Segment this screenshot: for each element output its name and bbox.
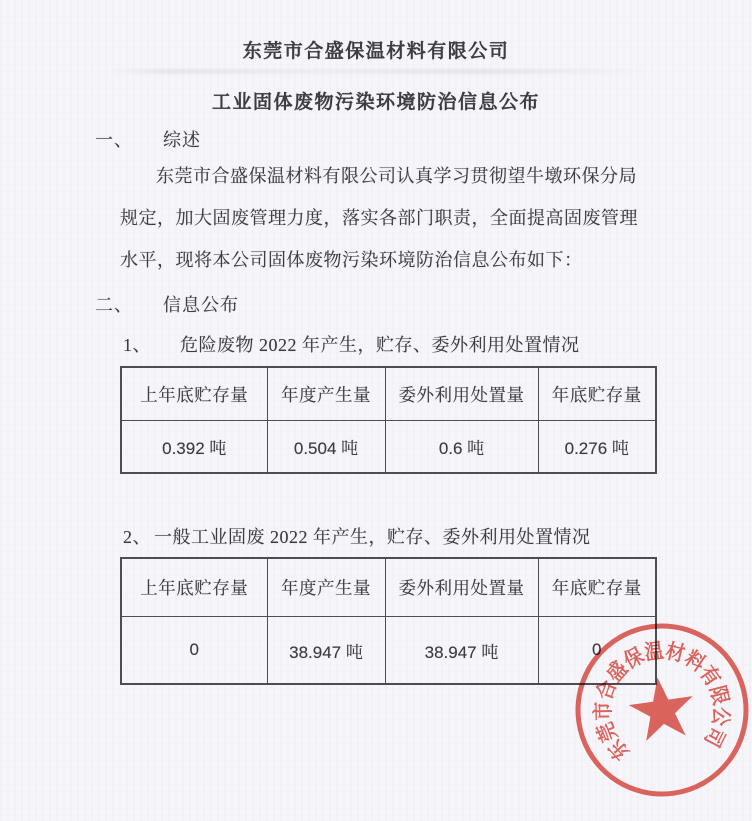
header-cell: 年底贮存量 bbox=[538, 367, 656, 421]
overview-line: 规定，加大固废管理力度，落实各部门职责，全面提高固废管理 bbox=[120, 197, 665, 239]
table-value-row: 0.392 吨 0.504 吨 0.6 吨 0.276 吨 bbox=[121, 421, 656, 474]
document-page: 东莞市合盛保温材料有限公司 工业固体废物污染环境防治信息公布 一、综述 东莞市合… bbox=[0, 0, 752, 821]
value-cell: 0.6 吨 bbox=[385, 421, 538, 474]
section-1-heading: 一、综述 bbox=[95, 126, 201, 152]
scan-artifact bbox=[105, 69, 650, 74]
section-2-heading: 二、信息公布 bbox=[95, 291, 239, 317]
overview-paragraph: 东莞市合盛保温材料有限公司认真学习贯彻望牛墩环保分局 规定，加大固废管理力度，落… bbox=[120, 155, 665, 281]
table-header-row: 上年底贮存量 年度产生量 委外利用处置量 年底贮存量 bbox=[121, 367, 656, 421]
section-2-number: 二、 bbox=[95, 291, 133, 317]
header-cell: 年底贮存量 bbox=[538, 558, 656, 617]
header-cell: 委外利用处置量 bbox=[385, 558, 538, 617]
table-1-caption-text: 危险废物 2022 年产生，贮存、委外利用处置情况 bbox=[180, 335, 580, 355]
table-2-caption-number: 2、 bbox=[123, 523, 151, 549]
header-cell: 委外利用处置量 bbox=[385, 367, 538, 421]
overview-line: 水平，现将本公司固体废物污染环境防治信息公布如下： bbox=[120, 239, 665, 281]
company-seal: 东莞市合盛保温材料有限公司 bbox=[555, 603, 752, 818]
table-2-caption: 2、一般工业固废 2022 年产生，贮存、委外利用处置情况 bbox=[123, 523, 591, 549]
table-header-row: 上年底贮存量 年度产生量 委外利用处置量 年底贮存量 bbox=[121, 558, 656, 617]
table-2-caption-text: 一般工业固废 2022 年产生，贮存、委外利用处置情况 bbox=[154, 527, 591, 547]
overview-line: 东莞市合盛保温材料有限公司认真学习贯彻望牛墩环保分局 bbox=[120, 155, 665, 197]
value-cell: 0 bbox=[121, 617, 267, 685]
star-icon bbox=[625, 673, 698, 743]
value-cell: 0.276 吨 bbox=[538, 421, 656, 474]
header-cell: 上年底贮存量 bbox=[121, 558, 267, 617]
value-cell: 38.947 吨 bbox=[385, 617, 538, 685]
section-1-title: 综述 bbox=[163, 130, 201, 150]
document-title: 东莞市合盛保温材料有限公司 bbox=[0, 36, 752, 63]
header-cell: 年度产生量 bbox=[267, 367, 385, 421]
header-cell: 上年底贮存量 bbox=[121, 367, 267, 421]
section-2-title: 信息公布 bbox=[163, 295, 239, 315]
value-cell: 38.947 吨 bbox=[267, 617, 385, 685]
document-subtitle: 工业固体废物污染环境防治信息公布 bbox=[0, 87, 752, 114]
table-1-caption-number: 1、 bbox=[123, 331, 151, 357]
header-cell: 年度产生量 bbox=[267, 558, 385, 617]
table-1-caption: 1、危险废物 2022 年产生，贮存、委外利用处置情况 bbox=[123, 331, 580, 357]
value-cell: 0.392 吨 bbox=[121, 421, 267, 474]
section-1-number: 一、 bbox=[95, 126, 133, 152]
value-cell: 0.504 吨 bbox=[267, 421, 385, 474]
hazardous-waste-table: 上年底贮存量 年度产生量 委外利用处置量 年底贮存量 0.392 吨 0.504… bbox=[120, 366, 657, 474]
